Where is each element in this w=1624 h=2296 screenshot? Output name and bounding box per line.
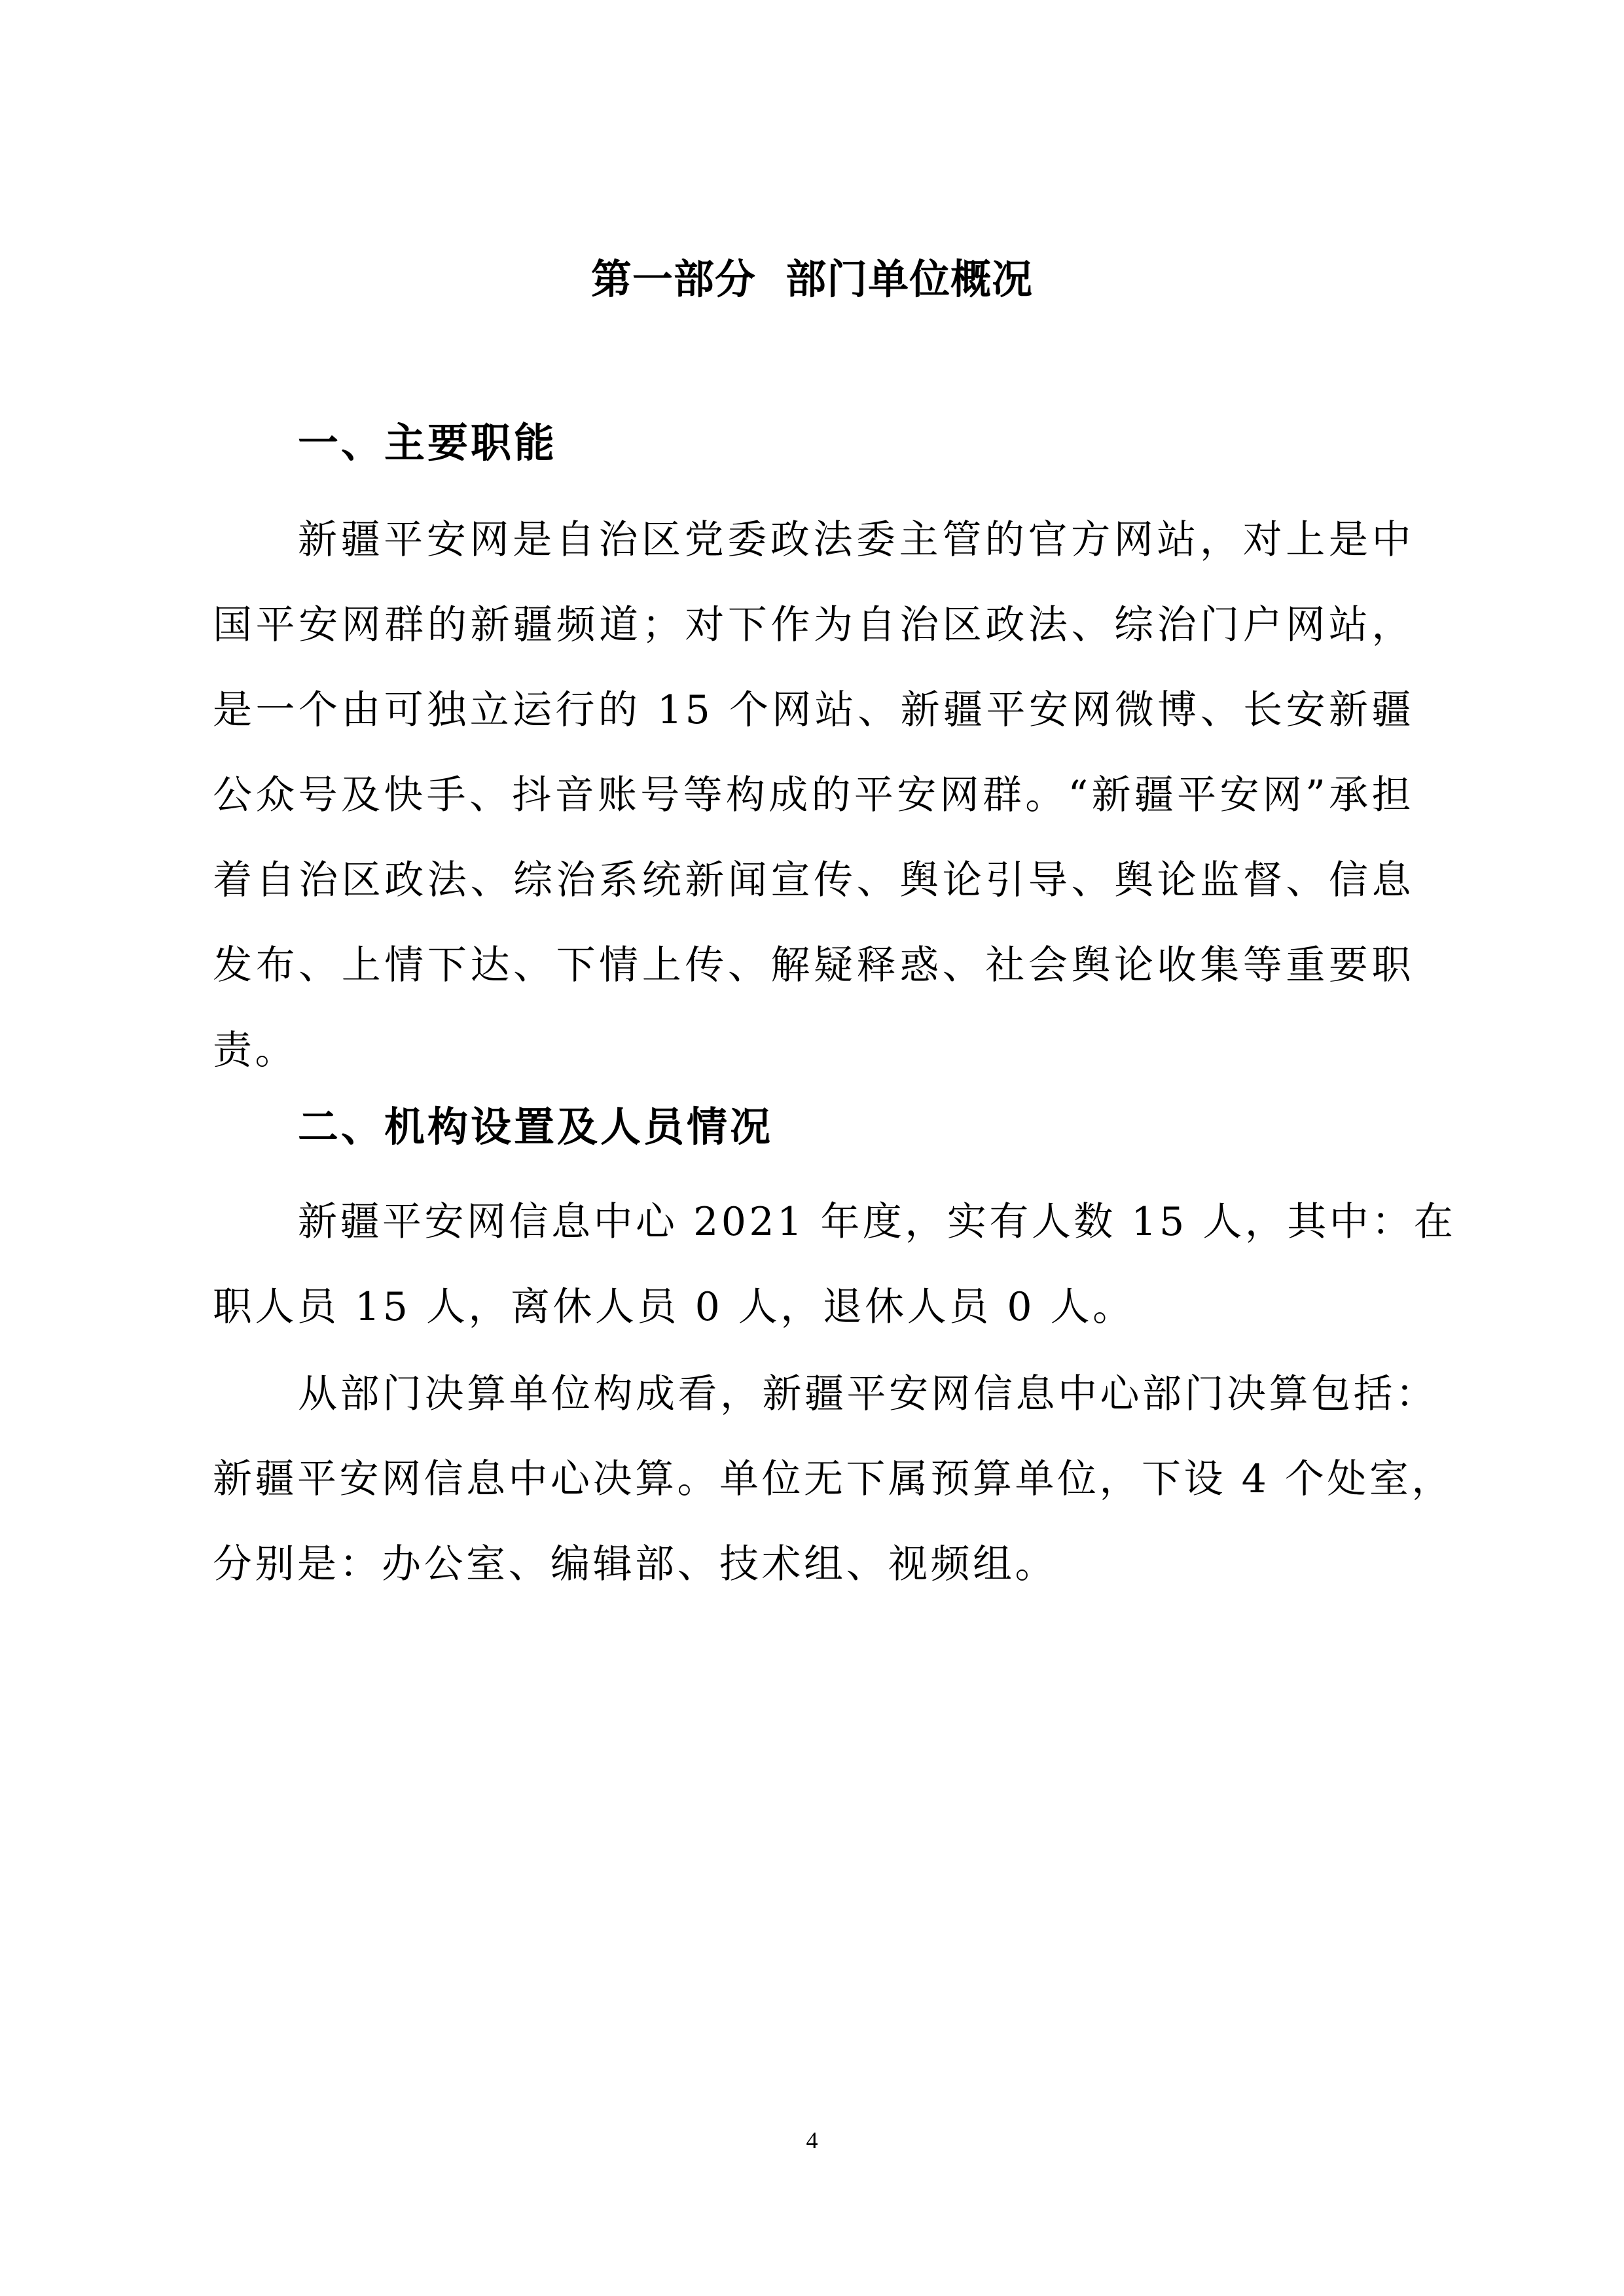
part-title: 第一部分 部门单位概况: [0, 250, 1624, 309]
paragraph-line: 国平安网群的新疆频道；对下作为自治区政法、综治门户网站，: [213, 589, 1414, 674]
paragraph-line: 责。: [213, 1014, 1414, 1100]
page-number: 4: [0, 2124, 1624, 2157]
paragraph-line: 职人员 15 人，离休人员 0 人，退休人员 0 人。: [213, 1271, 1414, 1356]
paragraph-line: 是一个由可独立运行的 15 个网站、新疆平安网微博、长安新疆: [213, 674, 1414, 759]
paragraph-staff-count: 新疆平安网信息中心 2021 年度，实有人数 15 人，其中：在 职人员 15 …: [213, 1186, 1414, 1356]
paragraph-line: 新疆平安网信息中心决算。单位无下属预算单位，下设 4 个处室，: [213, 1443, 1414, 1528]
paragraph-line: 新疆平安网信息中心 2021 年度，实有人数 15 人，其中：在: [213, 1186, 1414, 1271]
paragraph-main-functions: 新疆平安网是自治区党委政法委主管的官方网站，对上是中 国平安网群的新疆频道；对下…: [213, 504, 1414, 1100]
document-page: 第一部分 部门单位概况 一、主要职能 新疆平安网是自治区党委政法委主管的官方网站…: [0, 0, 1624, 2296]
paragraph-line: 从部门决算单位构成看，新疆平安网信息中心部门决算包括：: [213, 1358, 1414, 1443]
paragraph-line: 公众号及快手、抖音账号等构成的平安网群。“新疆平安网”承担: [213, 759, 1414, 844]
paragraph-line: 新疆平安网是自治区党委政法委主管的官方网站，对上是中: [213, 504, 1414, 589]
paragraph-line: 着自治区政法、综治系统新闻宣传、舆论引导、舆论监督、信息: [213, 844, 1414, 929]
paragraph-line: 发布、上情下达、下情上传、解疑释惑、社会舆论收集等重要职: [213, 929, 1414, 1014]
paragraph-budget-composition: 从部门决算单位构成看，新疆平安网信息中心部门决算包括： 新疆平安网信息中心决算。…: [213, 1358, 1414, 1613]
section-heading-organization-staff: 二、机构设置及人员情况: [298, 1098, 773, 1157]
section-heading-main-functions: 一、主要职能: [298, 414, 557, 473]
paragraph-line: 分别是：办公室、编辑部、技术组、视频组。: [213, 1528, 1414, 1613]
